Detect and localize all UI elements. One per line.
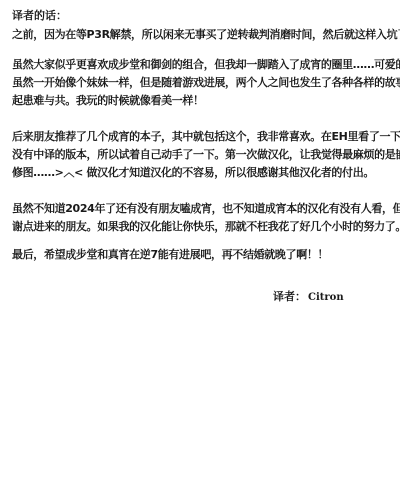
paragraph-closing: 最后，希望成步堂和真宵在逆7能有进展吧，再不结婚就晚了啊！！	[12, 246, 390, 264]
note-heading: 译者的话：	[12, 9, 67, 23]
paragraph-translation: 后来朋友推荐了几个成宵的本子，其中就包括这个，我非常喜欢。在EH里看了一下发现 …	[12, 128, 390, 182]
paragraph-line: 没有中译的版本，所以试着自己动手了一下。第一次做汉化，让我觉得最麻烦的是嵌字和	[12, 146, 390, 164]
translator-note-page: 译者的话： 之前，因为在等P3R解禁，所以闲来无事买了逆转裁判消磨时间，然后就这…	[0, 0, 400, 480]
signature-label: 译者：	[273, 290, 306, 303]
paragraph-line: 虽然一开始像个妹妹一样，但是随着游戏进展，两个人之间也发生了各种各样的故事，一	[12, 74, 390, 92]
paragraph-line: 虽然大家似乎更喜欢成步堂和御剑的组合，但我却一脚踏入了成宵的圈里……可爱的真宵	[12, 56, 390, 74]
paragraph-line: 修图……>︿< 做汉化才知道汉化的不容易，所以很感谢其他汉化者的付出。	[12, 164, 390, 182]
signature-name: Citron	[308, 292, 344, 303]
paragraph-couple: 虽然大家似乎更喜欢成步堂和御剑的组合，但我却一脚踏入了成宵的圈里……可爱的真宵 …	[12, 56, 390, 110]
paragraph-line: 虽然不知道2024年了还有没有朋友嗑成宵，也不知道成宵本的汉化有没有人看，但还是…	[12, 200, 390, 218]
paragraph-line: 谢点进来的朋友。如果我的汉化能让你快乐，那就不枉我花了好几个小时的努力了。	[12, 218, 390, 236]
paragraph-thanks: 虽然不知道2024年了还有没有朋友嗑成宵，也不知道成宵本的汉化有没有人看，但还是…	[12, 200, 390, 236]
paragraph-line: 之前，因为在等P3R解禁，所以闲来无事买了逆转裁判消磨时间，然后就这样入坑了……	[12, 26, 390, 44]
paragraph-line: 后来朋友推荐了几个成宵的本子，其中就包括这个，我非常喜欢。在EH里看了一下发现	[12, 128, 390, 146]
translator-signature: 译者：Citron	[273, 290, 344, 305]
paragraph-line: 最后，希望成步堂和真宵在逆7能有进展吧，再不结婚就晚了啊！！	[12, 246, 390, 264]
paragraph-intro: 之前，因为在等P3R解禁，所以闲来无事买了逆转裁判消磨时间，然后就这样入坑了……	[12, 26, 390, 44]
paragraph-line: 起患难与共。我玩的时候就像看美一样！	[12, 92, 390, 110]
